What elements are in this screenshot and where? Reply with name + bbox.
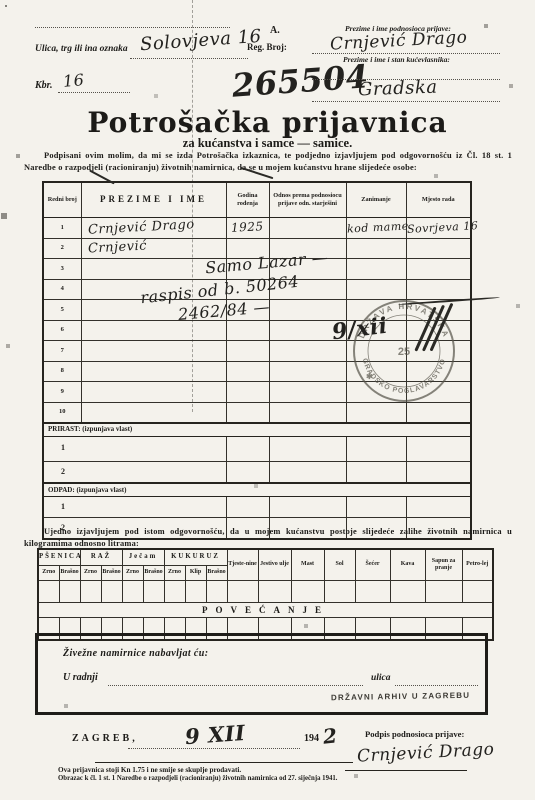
supplies-sub-header: Zrno xyxy=(164,566,185,581)
member-row-number: 1 xyxy=(43,218,81,239)
supplies-empty-cell xyxy=(80,581,101,603)
supplies-sub-header: Brašno xyxy=(143,566,164,581)
member-occupation-cell-handwriting: kod mame xyxy=(346,219,408,236)
member-occupation-cell xyxy=(346,259,406,280)
member-year-cell: 1925 xyxy=(226,218,269,239)
member-occupation-cell xyxy=(346,238,406,259)
scan-speckles xyxy=(5,5,7,7)
scanned-form-page: Ulica, trg ili ina oznaka Solovjeva 16 K… xyxy=(0,0,535,800)
stamp-arc-bottom-text: GRADSKO POGLAVARSTVO xyxy=(361,358,448,395)
supplies-sub-header: Zrno xyxy=(122,566,143,581)
supplies-sub-header: Zrno xyxy=(38,566,59,581)
ulica-underline xyxy=(395,684,478,686)
street-label: Ulica, trg ili ina oznaka xyxy=(35,44,128,54)
footer-note-1: Ova prijavnica stoji Kn 1.75 i ne smije … xyxy=(58,766,241,774)
member-relation-cell xyxy=(269,382,346,403)
supplies-intro-paragraph: Ujedno izjavljujem pod istom odgovornošć… xyxy=(24,526,512,550)
member-year-cell xyxy=(226,361,269,382)
top-dotted-line xyxy=(35,26,230,28)
supplies-sub-header: Brašno xyxy=(59,566,80,581)
signature-underline xyxy=(345,770,467,771)
supplies-single-header: Jestivo ulje xyxy=(258,549,291,581)
supplies-single-header: Šećer xyxy=(355,549,390,581)
year-handwritten: 2 xyxy=(322,723,339,748)
reg-number-value: 265504 xyxy=(231,57,370,104)
member-row: 10 xyxy=(43,402,471,423)
member-relation-cell xyxy=(269,300,346,321)
signature-label: Podpis podnosioca prijave: xyxy=(365,729,464,739)
col-header-godina: Godina rođenja xyxy=(226,182,269,218)
member-name-handwriting: Crnjević Drago xyxy=(87,217,194,239)
col-header-zanimanje: Zanimanje xyxy=(346,182,406,218)
member-row-number: 5 xyxy=(43,300,81,321)
member-name-cell xyxy=(81,361,226,382)
member-occupation-cell xyxy=(346,402,406,423)
member-workplace-cell-handwriting: Sovrjeva 16 xyxy=(406,219,478,236)
supplies-empty-cell xyxy=(164,581,185,603)
form-title: Potrošačka prijavnica xyxy=(0,106,535,139)
member-relation-cell xyxy=(269,218,346,239)
prirast-section: PRIRAST: (izpunjava vlast) 1 2 xyxy=(43,423,471,484)
archive-stamp-text: DRŽAVNI ARHIV U ZAGREBU xyxy=(331,691,470,702)
street-value: Solovjeva 16 xyxy=(139,26,262,55)
supplies-group-header: Ječam xyxy=(122,549,164,566)
prirast-row-number: 1 xyxy=(44,443,82,453)
supplies-sub-header: Brašno xyxy=(206,566,227,581)
member-relation-cell xyxy=(269,361,346,382)
member-row: 1Crnjević Drago1925kod mameSovrjeva 16 xyxy=(43,218,471,239)
member-name-cell xyxy=(81,402,226,423)
member-workplace-cell xyxy=(406,259,471,280)
official-round-stamp: DRŽAVA HRVATSKA GRADSKO POGLAVARSTVO 25 … xyxy=(350,297,458,405)
prirast-row-number: 2 xyxy=(44,467,82,477)
supplies-empty-cell xyxy=(425,581,462,603)
supplies-stock-row xyxy=(38,581,493,603)
date-underline xyxy=(128,747,300,749)
supplies-single-header: Mast xyxy=(291,549,324,581)
reg-number-label: Reg. Broj: xyxy=(247,42,287,52)
year-prefix: 194 xyxy=(304,733,319,744)
member-row-number: 8 xyxy=(43,361,81,382)
member-workplace-cell xyxy=(406,238,471,259)
section-letter: A. xyxy=(270,25,280,36)
supplies-group-header: KUKURUZ xyxy=(164,549,227,566)
intro-paragraph: Podpisani ovim molim, da mi se izda Potr… xyxy=(24,150,512,174)
supplies-empty-cell xyxy=(143,581,164,603)
date-handwritten: 9 XII xyxy=(184,720,246,749)
member-row-number: 2 xyxy=(43,238,81,259)
supplies-empty-cell xyxy=(59,581,80,603)
supplies-single-header: Sapun za pranje xyxy=(425,549,462,581)
supplies-empty-cell xyxy=(206,581,227,603)
supplies-single-header: Tjeste-nine xyxy=(227,549,258,581)
supplies-empty-cell xyxy=(227,581,258,603)
applicant-underline xyxy=(312,52,500,54)
purchase-box: Živežne namirnice nabavljat ću: U radnji… xyxy=(35,633,488,715)
col-header-redni-broj: Redni broj xyxy=(43,182,81,218)
supplies-empty-cell xyxy=(258,581,291,603)
member-row-number: 7 xyxy=(43,341,81,362)
shop-label: U radnji xyxy=(63,672,98,683)
ulica-label: ulica xyxy=(371,673,391,683)
supplies-group-header-row: PŠENICARAŽJečamKUKURUZTjeste-nineJestivo… xyxy=(38,549,493,566)
odpad-row: 1 xyxy=(43,497,471,518)
street-underline xyxy=(130,57,248,59)
member-row-number: 4 xyxy=(43,279,81,300)
stamp-center-number: 25 xyxy=(398,346,410,358)
prirast-row: 2 xyxy=(43,461,471,483)
supplies-table-wrap: PŠENICARAŽJečamKUKURUZTjeste-nineJestivo… xyxy=(37,548,492,641)
col-header-mjesto-rada: Mjesto rada xyxy=(406,182,471,218)
odpad-label: ODPAD: (izpunjava vlast) xyxy=(43,483,471,497)
svg-text:GRADSKO POGLAVARSTVO: GRADSKO POGLAVARSTVO xyxy=(361,358,448,395)
supplies-sub-header: Brašno xyxy=(101,566,122,581)
supplies-empty-cell xyxy=(185,581,206,603)
member-row-number: 9 xyxy=(43,382,81,403)
landlord-label: Prezime i ime i stan kućevlasnika: xyxy=(343,55,450,64)
kbr-underline xyxy=(58,91,130,93)
odpad-row-number: 1 xyxy=(44,502,82,512)
footer-note-2: Obrazac k čl. 1 st. 1 Naredbe o razpodje… xyxy=(58,775,337,782)
member-row-number: 6 xyxy=(43,320,81,341)
members-header-row: Redni broj PREZIME I IME Godina rođenja … xyxy=(43,182,471,218)
supplies-header: PŠENICARAŽJečamKUKURUZTjeste-nineJestivo… xyxy=(38,549,493,581)
member-occupation-cell: kod mame xyxy=(346,218,406,239)
col-header-prezime-ime: PREZIME I IME xyxy=(81,182,226,218)
prirast-label: PRIRAST: (izpunjava vlast) xyxy=(43,423,471,437)
povecanje-band: POVEĆANJE xyxy=(38,603,493,618)
member-name-cell xyxy=(81,320,226,341)
member-name-cell: Crnjević xyxy=(81,238,226,259)
supplies-empty-cell xyxy=(324,581,355,603)
supplies-empty-cell xyxy=(122,581,143,603)
supplies-sub-header: Klip xyxy=(185,566,206,581)
supplies-empty-cell xyxy=(390,581,425,603)
supplies-empty-cell xyxy=(462,581,493,603)
member-name-cell xyxy=(81,382,226,403)
supplies-single-header: Petro-lej xyxy=(462,549,493,581)
member-year-cell xyxy=(226,341,269,362)
member-workplace-cell: Sovrjeva 16 xyxy=(406,218,471,239)
supplies-band-row: POVEĆANJE xyxy=(38,603,493,618)
footer-separator xyxy=(95,762,353,763)
member-name-handwriting: Crnjević xyxy=(87,239,147,258)
signature-value: Crnjević Drago xyxy=(357,739,495,766)
kbr-value: 16 xyxy=(62,70,85,91)
supplies-empty-cell xyxy=(101,581,122,603)
prirast-row: 1 xyxy=(43,436,471,461)
supplies-empty-cell xyxy=(38,581,59,603)
landlord-underline-2 xyxy=(312,100,500,102)
supplies-table: PŠENICARAŽJečamKUKURUZTjeste-nineJestivo… xyxy=(37,548,494,641)
supplies-single-header: Sol xyxy=(324,549,355,581)
member-name-cell xyxy=(81,341,226,362)
landlord-value: Gradska xyxy=(358,77,438,101)
col-header-odnos: Odnos prema podnosiocu prijave odn. star… xyxy=(269,182,346,218)
member-relation-cell xyxy=(269,402,346,423)
supplies-sub-header: Zrno xyxy=(80,566,101,581)
member-row-number: 10 xyxy=(43,402,81,423)
supplies-group-header: RAŽ xyxy=(80,549,122,566)
member-year-cell xyxy=(226,382,269,403)
supplies-empty-cell xyxy=(291,581,324,603)
member-row-number: 3 xyxy=(43,259,81,280)
member-workplace-cell xyxy=(406,402,471,423)
shop-underline xyxy=(108,684,363,686)
supplies-group-header: PŠENICA xyxy=(38,549,80,566)
stamp-star-icon: ✱ xyxy=(366,372,373,381)
supplies-single-header: Kava xyxy=(390,549,425,581)
member-name-cell: Crnjević Drago xyxy=(81,218,226,239)
member-year-cell xyxy=(226,402,269,423)
kbr-label: Kbr. xyxy=(35,80,53,91)
member-year-cell-handwriting: 1925 xyxy=(231,219,264,236)
purchase-heading: Živežne namirnice nabavljat ću: xyxy=(63,648,208,659)
form-subtitle: za kućanstva i samce — samice. xyxy=(0,136,535,151)
member-year-cell xyxy=(226,320,269,341)
city-label: ZAGREB, xyxy=(72,733,138,744)
supplies-empty-cell xyxy=(355,581,390,603)
